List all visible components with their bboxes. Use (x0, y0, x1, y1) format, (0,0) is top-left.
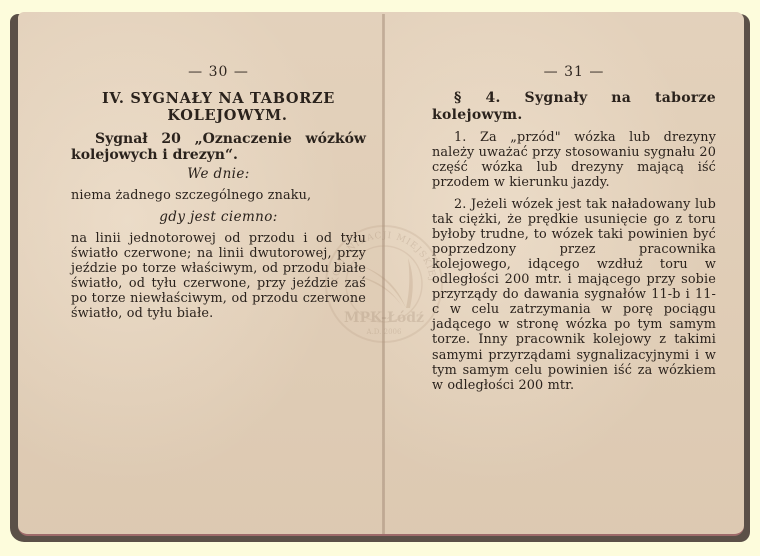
day-heading: We dnie: (71, 167, 366, 182)
paragraph-1: 1. Za „przód" wózka lub drezyny należy u… (432, 130, 716, 190)
chapter-title: IV. SYGNAŁY NA TABORZE KOLEJOWYM. (71, 90, 366, 124)
day-text: niema żadnego szczególnego znaku, (71, 188, 366, 203)
section-title: § 4. Sygnały na taborze kolejowym. (432, 90, 716, 124)
paragraph-2: 2. Jeżeli wózek jest tak naładowany lub … (432, 197, 716, 393)
page-number-left: — 30 — (71, 65, 366, 80)
watermark-name: MPK-Łódź (344, 310, 424, 326)
page-number-right: — 31 — (432, 65, 716, 80)
signal-title: Sygnał 20 „Oznaczenie wózków kolejowych … (71, 131, 366, 163)
chapter-title-line1: IV. SYGNAŁY NA TABORZE (102, 90, 335, 107)
watermark-year: A.D. 2006 (366, 328, 402, 336)
mpk-lodz-watermark-icon: KOMUNIKACJI MIEJSKIEJ MPK-Łódź A.D. 2006 (322, 222, 446, 346)
chapter-title-line2: KOLEJOWYM. (71, 107, 366, 124)
